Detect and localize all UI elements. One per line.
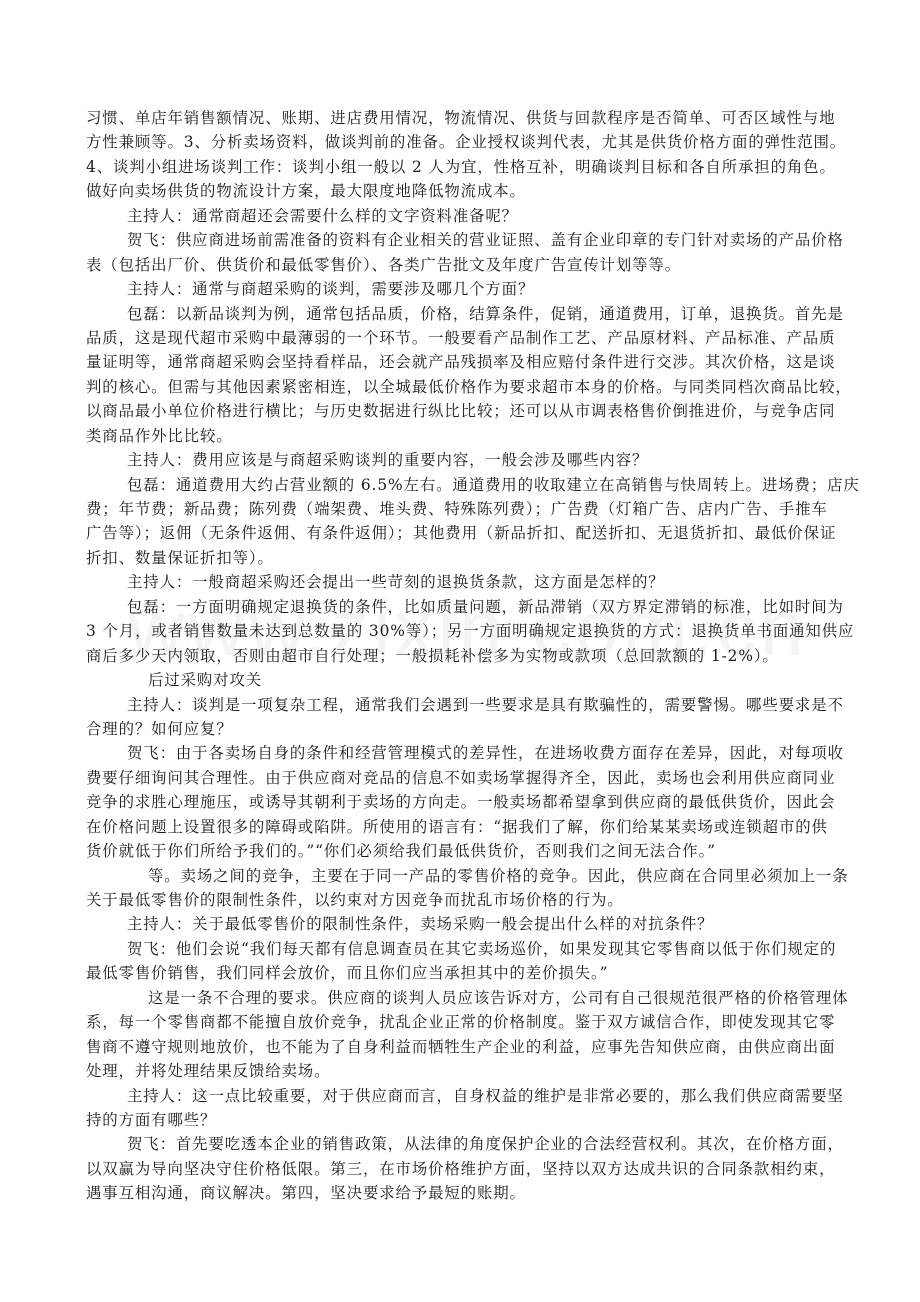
text-line: 主持人：一般商超采购还会提出一些苛刻的退换货条款，这方面是怎样的？	[86, 570, 846, 594]
text-line: 以商品最小单位价格进行横比；与历史数据进行纵比比较；还可以从市调表格售价倒推进价…	[86, 399, 846, 423]
text-line: 持的方面有哪些？	[86, 1108, 846, 1132]
text-line: 折扣、数量保证折扣等）。	[86, 546, 846, 570]
text-line: 主持人：通常与商超采购的谈判，需要涉及哪几个方面？	[86, 277, 846, 301]
text-line: 贺飞：供应商进场前需准备的资料有企业相关的营业证照、盖有企业印章的专门针对卖场的…	[86, 228, 846, 252]
text-line: 货价就低于你们所给予我们的。”“你们必须给我们最低供货价，否则我们之间无法合作。…	[86, 839, 846, 863]
text-line: 主持人：谈判是一项复杂工程，通常我们会遇到一些要求是具有欺骗性的，需要警惕。哪些…	[86, 693, 846, 717]
text-line: 等。卖场之间的竞争，主要在于同一产品的零售价格的竞争。因此，供应商在合同里必须加…	[86, 864, 846, 888]
text-line: 主持人：这一点比较重要，对于供应商而言，自身权益的维护是非常必要的，那么我们供应…	[86, 1084, 846, 1108]
document-page: www.zixin.com.cn 习惯、单店年销售额情况、账期、进店费用情况，物…	[0, 0, 920, 1302]
text-line: 售商不遵守规则地放价，也不能为了自身利益而牺牲生产企业的利益，应事先告知供应商，…	[86, 1035, 846, 1059]
text-line: 表（包括出厂价、供货价和最低零售价）、各类广告批文及年度广告宣传计划等等。	[86, 253, 846, 277]
text-line: 贺飞：他们会说“我们每天都有信息调查员在其它卖场巡价，如果发现其它零售商以低于你…	[86, 937, 846, 961]
text-line: 合理的？如何应复？	[86, 717, 846, 741]
text-line: 贺飞：首先要吃透本企业的销售政策，从法律的角度保护企业的合法经营权利。其次，在价…	[86, 1132, 846, 1156]
text-line: 习惯、单店年销售额情况、账期、进店费用情况，物流情况、供货与回款程序是否简单、可…	[86, 106, 846, 130]
text-line: 主持人：费用应该是与商超采购谈判的重要内容，一般会涉及哪些内容？	[86, 448, 846, 472]
text-line: 3 个月，或者销售数量未达到总数量的 30%等）；另一方面明确规定退换货的方式：…	[86, 619, 846, 643]
text-line: 费要仔细询问其合理性。由于供应商对竞品的信息不如卖场掌握得齐全，因此，卖场也会利…	[86, 766, 846, 790]
text-line: 包磊：以新品谈判为例，通常包括品质，价格，结算条件，促销，通道费用，订单，退换货…	[86, 302, 846, 326]
text-line: 包磊：通道费用大约占营业额的 6.5%左右。通道费用的收取建立在高销售与快周转上…	[86, 473, 846, 497]
text-line: 做好向卖场供货的物流设计方案，最大限度地降低物流成本。	[86, 179, 846, 203]
text-line: 最低零售价销售，我们同样会放价，而且你们应当承担其中的差价损失。”	[86, 961, 846, 985]
text-line: 广告等）；返佣（无条件返佣、有条件返佣）；其他费用（新品折扣、配送折扣、无退货折…	[86, 521, 846, 545]
text-line: 以双赢为导向坚决守住价格低限。第三，在市场价格维护方面，坚持以双方达成共识的合同…	[86, 1157, 846, 1181]
text-line: 这是一条不合理的要求。供应商的谈判人员应该告诉对方，公司有自己很规范很严格的价格…	[86, 986, 846, 1010]
document-body: 习惯、单店年销售额情况、账期、进店费用情况，物流情况、供货与回款程序是否简单、可…	[86, 106, 846, 1206]
text-line: 商后多少天内领取，否则由超市自行处理；一般损耗补偿多为实物或款项（总回款额的 1…	[86, 644, 846, 668]
text-line: 方性兼顾等。3、分析卖场资料，做谈判前的准备。企业授权谈判代表，尤其是供货价格方…	[86, 130, 846, 154]
text-line: 主持人：关于最低零售价的限制性条件，卖场采购一般会提出什么样的对抗条件？	[86, 912, 846, 936]
text-line: 4、谈判小组进场谈判工作：谈判小组一般以 2 人为宜，性格互补，明确谈判目标和各…	[86, 155, 846, 179]
text-line: 包磊：一方面明确规定退换货的条件，比如质量问题，新品滞销（双方界定滞销的标准，比…	[86, 595, 846, 619]
text-line: 系，每一个零售商都不能擅自放价竞争，扰乱企业正常的价格制度。鉴于双方诚信合作，即…	[86, 1010, 846, 1034]
text-line: 量证明等，通常商超采购会坚持看样品，还会就产品残损率及相应赔付条件进行交涉。其次…	[86, 350, 846, 374]
text-line: 关于最低零售价的限制性条件，以约束对方因竞争而扰乱市场价格的行为。	[86, 888, 846, 912]
text-line: 竞争的求胜心理施压，或诱导其朝利于卖场的方向走。一般卖场都希望拿到供应商的最低供…	[86, 790, 846, 814]
text-line: 处理，并将处理结果反馈给卖场。	[86, 1059, 846, 1083]
text-line: 遇事互相沟通，商议解决。第四，坚决要求给予最短的账期。	[86, 1181, 846, 1205]
text-line: 品质，这是现代超市采购中最薄弱的一个环节。一般要看产品制作工艺、产品原材料、产品…	[86, 326, 846, 350]
text-line: 贺飞：由于各卖场自身的条件和经营管理模式的差异性，在进场收费方面存在差异，因此，…	[86, 741, 846, 765]
text-line: 主持人：通常商超还会需要什么样的文字资料准备呢？	[86, 204, 846, 228]
text-line: 后过采购对攻关	[86, 668, 846, 692]
text-line: 类商品作外比比较。	[86, 424, 846, 448]
text-line: 判的核心。但需与其他因素紧密相连，以全城最低价格作为要求超市本身的价格。与同类同…	[86, 375, 846, 399]
text-line: 在价格问题上设置很多的障碍或陷阱。所使用的语言有：“据我们了解，你们给某某卖场或…	[86, 815, 846, 839]
text-line: 费；年节费；新品费；陈列费（端架费、堆头费、特殊陈列费）；广告费（灯箱广告、店内…	[86, 497, 846, 521]
